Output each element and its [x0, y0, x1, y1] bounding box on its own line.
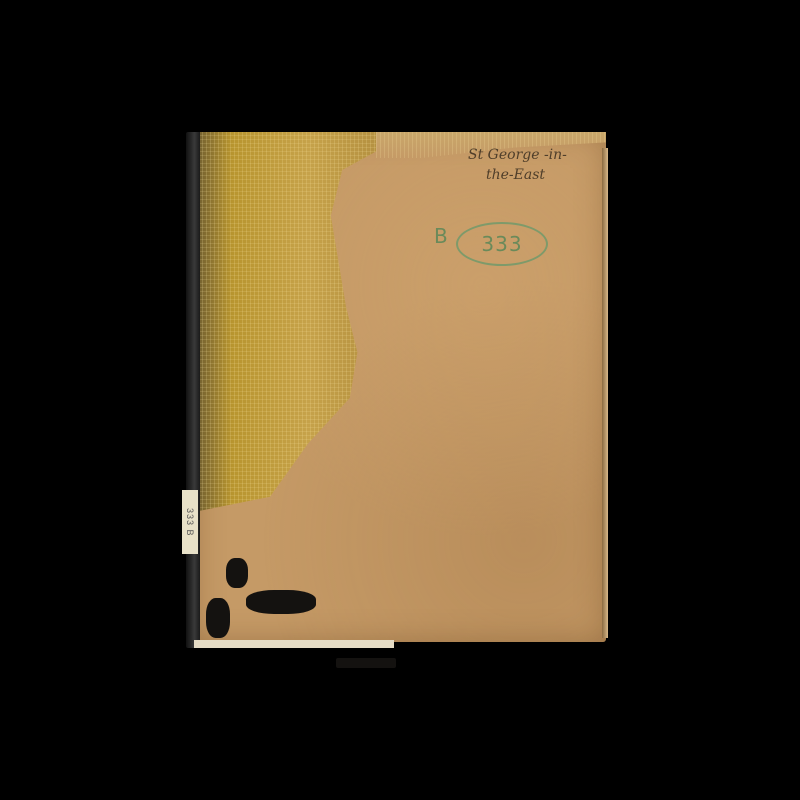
worn-patch: [246, 590, 316, 614]
handwritten-note-line2: the-East: [486, 166, 545, 184]
book-spine: [186, 132, 200, 648]
worn-patch: [206, 598, 230, 638]
page-edge: [602, 148, 608, 638]
book-cover: 333 B St George -in- the-East B 333: [186, 128, 610, 648]
spine-label: 333 B: [182, 490, 198, 554]
worn-patch: [226, 558, 248, 588]
torn-cloth-strip: [336, 658, 396, 668]
call-number-circled: 333: [456, 222, 548, 266]
photo-background: 333 B St George -in- the-East B 333: [0, 0, 800, 800]
handwritten-note-line1: St George -in-: [468, 146, 567, 164]
call-number-prefix: B: [434, 224, 448, 248]
bottom-edge: [194, 640, 394, 648]
spine-label-text: 333 B: [185, 508, 195, 537]
